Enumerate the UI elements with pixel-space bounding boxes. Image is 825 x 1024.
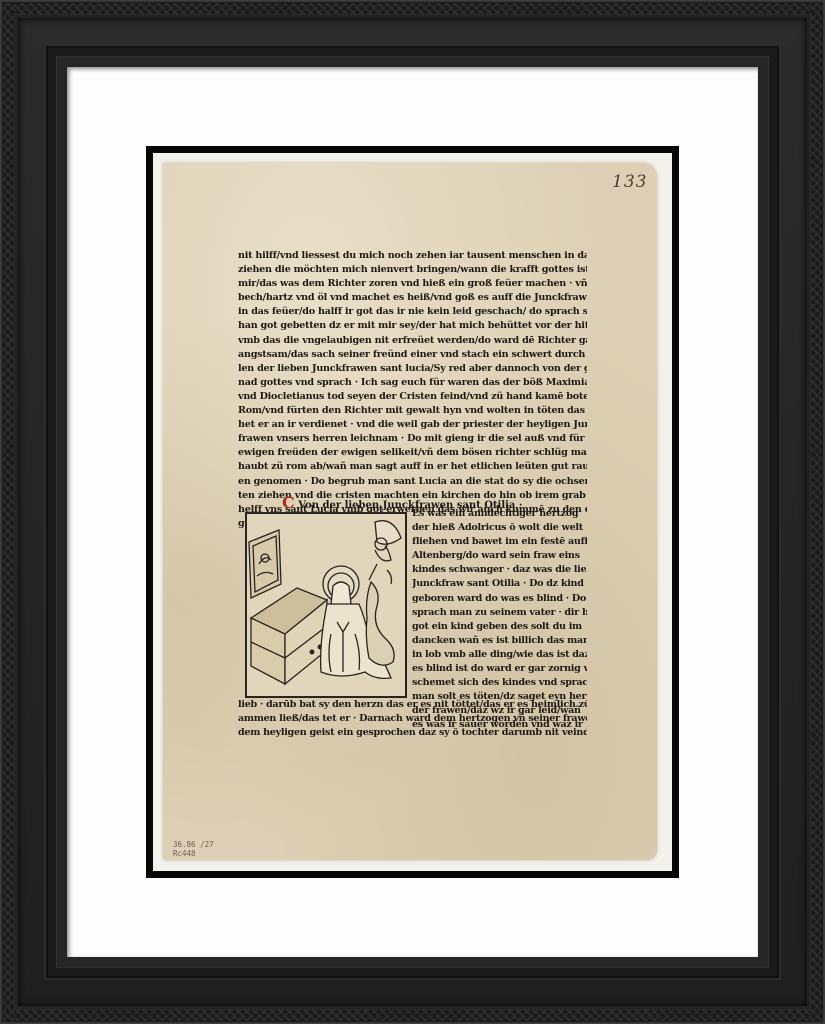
text-line: angstsam/das sach seiner freünd einer vn… — [238, 348, 587, 362]
text-line: vmb das die vngelaubigen nit erfreüet we… — [238, 334, 587, 348]
text-line: han got gebetten dz er mit mir sey/der h… — [238, 319, 587, 333]
text-line: es blind ist do ward er gar zornig vñ — [412, 662, 587, 676]
text-line: mir/das was dem Richter zoren vnd hieß e… — [238, 277, 587, 291]
text-line: schemet sich des kindes vnd sprach — [412, 676, 587, 690]
text-line: ziehen die möchten mich nienvert bringen… — [238, 263, 587, 277]
rubric-initial: C — [282, 493, 295, 512]
inventory-marks: 36.86 /27 Rc448 — [173, 840, 214, 858]
text-line: ewigen freüden der ewigen selikeit/vñ de… — [238, 446, 587, 460]
text-line: fliehen vnd bawet im ein festē auff — [412, 535, 587, 549]
bottom-text-block: lieb · darūb bat sy den herzn das er es … — [238, 698, 587, 740]
text-line: nad gottes vnd sprach · Ich sag euch für… — [238, 376, 587, 390]
text-line: Altenberg/do ward sein fraw eins — [412, 549, 587, 563]
text-line: ammen ließ/das tet er · Darnach ward dem… — [238, 712, 587, 726]
text-line: bech/hartz vnd öl vnd machet es heiß/vnd… — [238, 291, 587, 305]
text-line: geboren ward do was es blind · Do — [412, 592, 587, 606]
text-line: in lob vmb alle ding/wie das ist daz — [412, 648, 587, 662]
collection-number: Rc448 — [173, 849, 214, 858]
text-line: kindes schwanger · daz was die lieb — [412, 563, 587, 577]
text-line: haubt zü rom ab/wañ man sagt auff in er … — [238, 460, 587, 474]
text-line: in das feüer/do halff ir got das ir nie … — [238, 305, 587, 319]
main-text-block: nit hilff/vnd liessest du mich noch zehe… — [238, 249, 587, 531]
text-line: het er an ir verdienet · vnd die weil ga… — [238, 418, 587, 432]
text-line: Rom/vnd fürten den Richter mit gewalt hy… — [238, 404, 587, 418]
text-line: sprach man zu seinem vater · dir hat — [412, 606, 587, 620]
text-line: len der lieben Junckfrawen sant lucia/Sy… — [238, 362, 587, 376]
text-line: lieb · darūb bat sy den herzn das er es … — [238, 698, 587, 712]
text-line: got ein kind geben des solt du im — [412, 620, 587, 634]
woodcut-saint-image — [247, 514, 405, 696]
text-line: Junckfraw sant Otilia · Do dz kind — [412, 577, 587, 591]
text-line: der hieß Adolricus ŏ wolt die welt — [412, 521, 587, 535]
woodcut-illustration — [245, 512, 407, 698]
text-line: Es was ein anndechtiger hertzog — [412, 507, 587, 521]
inventory-number: 36.86 /27 — [173, 840, 214, 849]
text-line: en genomen · Do begrub man sant Lucia an… — [238, 475, 587, 489]
text-line: dem heyligen geist ein gesprochen daz sy… — [238, 726, 587, 740]
text-line: vnd Diocletianus tod seyen der Cristen f… — [238, 390, 587, 404]
page-number: 133 — [612, 172, 647, 192]
text-line: frawen vnsers herren leichnam · Do mit g… — [238, 432, 587, 446]
text-line: nit hilff/vnd liessest du mich noch zehe… — [238, 249, 587, 263]
text-line: dancken wañ es ist billich das man — [412, 634, 587, 648]
